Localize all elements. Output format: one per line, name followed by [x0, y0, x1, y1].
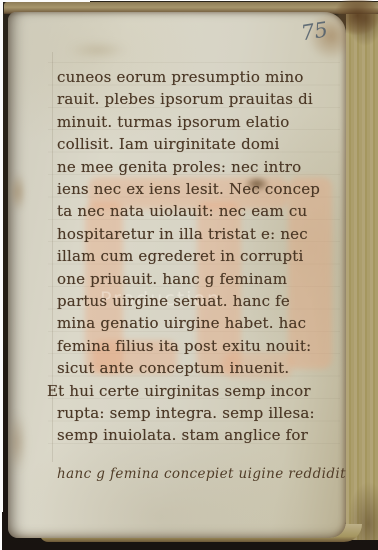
scan-margin-left [0, 0, 3, 512]
book-fore-edge [346, 2, 378, 540]
text-line: cuneos eorum presumptio mino [57, 66, 304, 88]
text-line-paragraph-start: Et hui certe uirginitas semp incor [47, 380, 311, 402]
text-line: partus uirgine seruat. hanc fe [57, 290, 290, 312]
text-line: collisit. Iam uirginitate domi [57, 133, 280, 155]
text-line: ne mee genita proles: nec intro [57, 156, 301, 178]
text-line: minuit. turmas ipsorum elatio [57, 111, 289, 133]
text-line: rupta: semp integra. semp illesa: [57, 402, 315, 424]
manuscript-photo: Production 75 cuneos eorum presumptio mi… [0, 0, 378, 550]
text-line: iens nec ex iens lesit. Nec concep [57, 178, 320, 200]
parchment-page: Production 75 cuneos eorum presumptio mi… [8, 12, 346, 538]
text-line: femina filius ita post exitu nouit: [57, 335, 311, 357]
text-line: ta nec nata uiolauit: nec eam cu [57, 200, 307, 222]
text-line: one priuauit. hanc g feminam [57, 268, 287, 290]
text-line: mina genatio uirgine habet. hac [57, 312, 306, 334]
added-line-later-hand: hanc g femina concepiet uigine reddidit. [57, 466, 346, 482]
text-line: sicut ante conceptum inuenit. [57, 357, 289, 379]
text-line: semp inuiolata. stam anglice for [57, 424, 308, 446]
text-line: illam cum egrederet in corrupti [57, 245, 304, 267]
text-line: hospitaretur in illa tristat e: nec [57, 223, 308, 245]
text-line: rauit. plebes ipsorum prauitas di [57, 88, 313, 110]
text-block: cuneos eorum presumptio mino rauit. pleb… [8, 12, 346, 538]
